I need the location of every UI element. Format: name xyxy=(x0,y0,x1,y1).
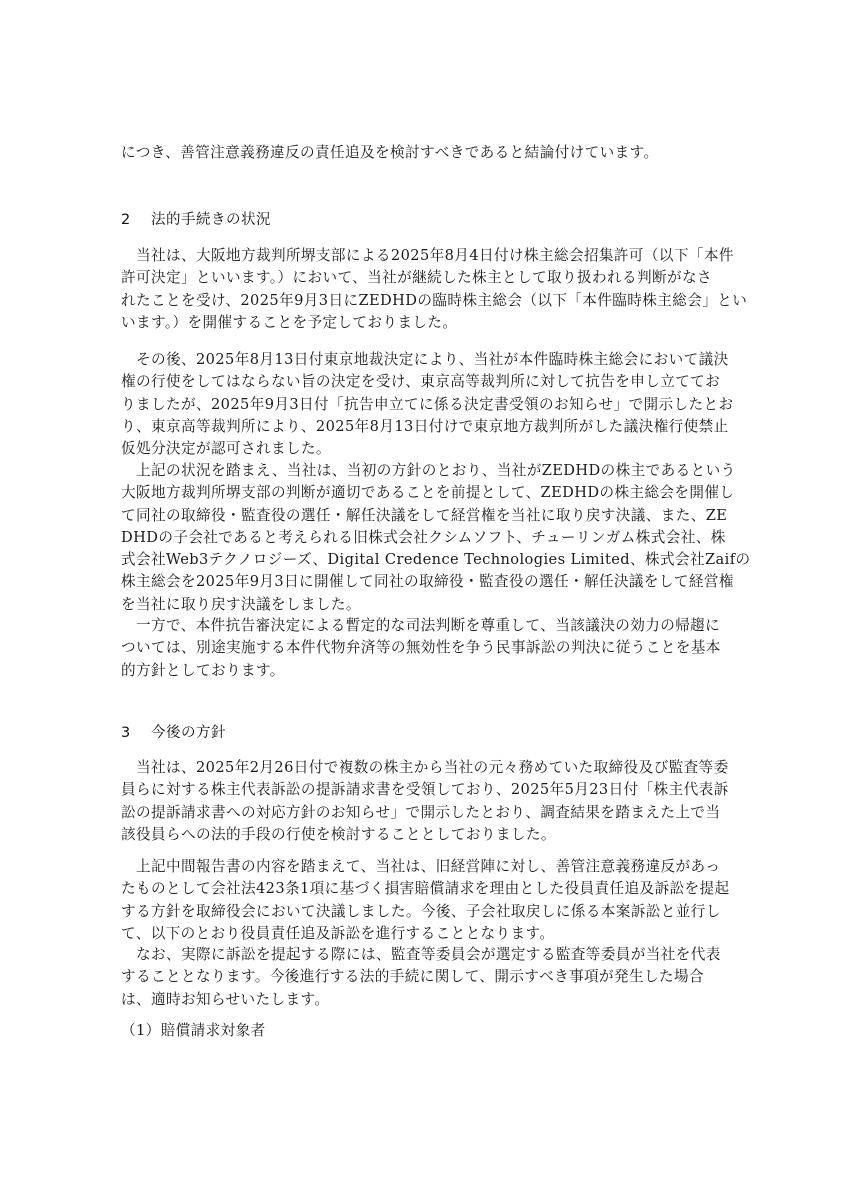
text-line: て同社の取締役・監査役の選任・解任決議をして経営権を当社に取り戻す決議、また、Z… xyxy=(121,505,721,527)
paragraph: 上記中間報告書の内容を踏まえて、当社は、旧経営陣に対し、善管注意義務違反があっ … xyxy=(121,856,721,945)
text-line: 該役員らへの法的手段の行使を検討することとしておりました。 xyxy=(121,824,721,846)
text-line: を当社に取り戻す決議をしました。 xyxy=(121,594,721,616)
text-line: りましたが、2025年9月3日付「抗告申立てに係る決定書受領のお知らせ」で開示し… xyxy=(121,394,721,416)
text-line: 大阪地方裁判所堺支部の判断が適切であることを前提として、ZEDHDの株主総会を開… xyxy=(121,482,721,504)
section-heading-2: 2法的手続きの状況 xyxy=(121,209,271,231)
section-heading-3: 3今後の方針 xyxy=(121,722,226,744)
text-line: 許可決定」といいます。）において、当社が継続した株主として取り扱われる判断がなさ xyxy=(121,267,721,289)
section-number: 3 xyxy=(121,722,151,744)
section-title: 法的手続きの状況 xyxy=(151,212,271,228)
text-line: 当社は、2025年2月26日付で複数の株主から当社の元々務めていた取締役及び監査… xyxy=(121,757,721,779)
text-line: います。）を開催することを予定しておりました。 xyxy=(121,312,721,334)
text-line: は、適時お知らせいたします。 xyxy=(121,989,721,1011)
intro-paragraph: につき、善管注意義務違反の責任追及を検討すべきであると結論付けています。 xyxy=(121,142,721,164)
text-line: 式会社Web3テクノロジーズ、Digital Credence Technolo… xyxy=(121,549,721,571)
text-line: 訟の提訴請求書への対応方針のお知らせ」で開示したとおり、調査結果を踏まえた上で当 xyxy=(121,802,721,824)
text-line: 株主総会を2025年9月3日に開催して同社の取締役・監査役の選任・解任決議をして… xyxy=(121,571,721,593)
paragraph: 当社は、2025年2月26日付で複数の株主から当社の元々務めていた取締役及び監査… xyxy=(121,757,721,846)
paragraph: 上記の状況を踏まえ、当社は、当初の方針のとおり、当社がZEDHDの株主であるとい… xyxy=(121,460,721,616)
text-line: 一方で、本件抗告審決定による暫定的な司法判断を尊重して、当該議決の効力の帰趨に xyxy=(121,615,721,637)
text-line: て、以下のとおり役員責任追及訴訟を進行することとなります。 xyxy=(121,923,721,945)
text-line: 上記中間報告書の内容を踏まえて、当社は、旧経営陣に対し、善管注意義務違反があっ xyxy=(121,856,721,878)
text-line: 上記の状況を踏まえ、当社は、当初の方針のとおり、当社がZEDHDの株主であるとい… xyxy=(121,460,721,482)
paragraph: その後、2025年8月13日付東京地裁決定により、当社が本件臨時株主総会において… xyxy=(121,349,721,460)
subsection-heading: （1）賠償請求対象者 xyxy=(121,1020,266,1042)
text-line: その後、2025年8月13日付東京地裁決定により、当社が本件臨時株主総会において… xyxy=(121,349,721,371)
text-line: 当社は、大阪地方裁判所堺支部による2025年8月4日付け株主総会招集許可（以下「… xyxy=(121,245,721,267)
text-line: 権の行使をしてはならない旨の決定を受け、東京高等裁判所に対して抗告を申し立ててお xyxy=(121,371,721,393)
text-line: り、東京高等裁判所により、2025年8月13日付けで東京地方裁判所がした議決権行… xyxy=(121,416,721,438)
paragraph: なお、実際に訴訟を提起する際には、監査等委員会が選定する監査等委員が当社を代表 … xyxy=(121,944,721,1011)
text-line: れたことを受け、2025年9月3日にZEDHDの臨時株主総会（以下「本件臨時株主… xyxy=(121,290,721,312)
text-line: ついては、別途実施する本件代物弁済等の無効性を争う民事訴訟の判決に従うことを基本 xyxy=(121,637,721,659)
text-line: なお、実際に訴訟を提起する際には、監査等委員会が選定する監査等委員が当社を代表 xyxy=(121,944,721,966)
text-line: DHDの子会社であると考えられる旧株式会社クシムソフト、チューリンガム株式会社、… xyxy=(121,527,721,549)
section-title: 今後の方針 xyxy=(151,725,226,741)
text-line: することとなります。今後進行する法的手続に関して、開示すべき事項が発生した場合 xyxy=(121,966,721,988)
text-line: 仮処分決定が認可されました。 xyxy=(121,438,721,460)
text-line: につき、善管注意義務違反の責任追及を検討すべきであると結論付けています。 xyxy=(121,142,721,164)
paragraph: 一方で、本件抗告審決定による暫定的な司法判断を尊重して、当該議決の効力の帰趨に … xyxy=(121,615,721,682)
text-line: する方針を取締役会において決議しました。今後、子会社取戻しに係る本案訴訟と並行し xyxy=(121,901,721,923)
text-line: 員らに対する株主代表訴訟の提訴請求書を受領しており、2025年5月23日付「株主… xyxy=(121,779,721,801)
text-line: 的方針としております。 xyxy=(121,660,721,682)
section-number: 2 xyxy=(121,209,151,231)
text-line: たものとして会社法423条1項に基づく損害賠償請求を理由とした役員責任追及訴訟を… xyxy=(121,878,721,900)
paragraph: 当社は、大阪地方裁判所堺支部による2025年8月4日付け株主総会招集許可（以下「… xyxy=(121,245,721,334)
